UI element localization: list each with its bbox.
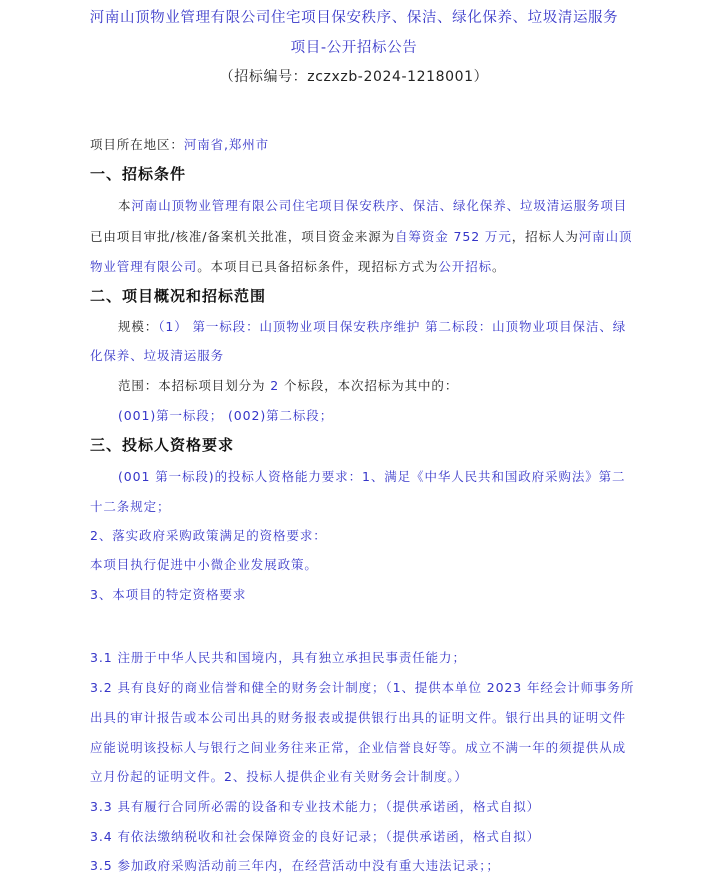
document-title-line2: 项目-公开招标公告: [0, 36, 708, 57]
scope-line: 范围：本招标项目划分为 2 个标段，本次招标为其中的：: [118, 376, 458, 394]
text-segment: 。: [492, 259, 505, 274]
region-value: 河南省,郑州市: [184, 137, 269, 152]
section1-paragraph-line1: 本河南山顶物业管理有限公司住宅项目保安秩序、保洁、绿化保养、垃圾清运服务项目: [118, 196, 627, 214]
policy-heading: 2、落实政府采购政策满足的资格要求：: [90, 526, 327, 544]
text-segment: 范围：本招标项目划分为: [118, 378, 270, 393]
funding-source: 自筹资金 752 万元: [395, 229, 512, 244]
requirement-item-3-4: 3.4 有依法缴纳税收和社会保障资金的良好记录；（提供承诺函，格式自拟）: [90, 827, 540, 845]
text-segment: 已由项目审批/核准/备案机关批准，项目资金来源为: [90, 229, 395, 244]
project-region: 项目所在地区：河南省,郑州市: [90, 135, 269, 153]
text-segment: 。本项目已具备招标条件，现招标方式为: [197, 259, 438, 274]
announcement-page: 河南山顶物业管理有限公司住宅项目保安秩序、保洁、绿化保养、垃圾清运服务 项目-公…: [0, 0, 708, 886]
requirement-item-3-2-line4: 立月份起的证明文件。2、投标人提供企业有关财务会计制度。）: [90, 767, 468, 785]
section-heading-tender-conditions: 一、招标条件: [90, 163, 186, 184]
requirement-item-3-2-line1: 3.2 具有良好的商业信誉和健全的财务会计制度；（1、提供本单位 2023 年经…: [90, 678, 634, 696]
requirement-item-3-2-line2: 出具的审计报告或本公司出具的财务报表或提供银行出具的证明文件。银行出具的证明文件: [90, 708, 626, 726]
requirement-item-3-2-line3: 应能说明该投标人与银行之间业务往来正常，企业信誉良好等。成立不满一年的须提供从成: [90, 738, 626, 756]
lots-list: (001)第一标段； (002)第二标段；: [118, 406, 333, 424]
scale-line2: 化保养、垃圾清运服务: [90, 346, 224, 364]
specific-requirements-heading: 3、本项目的特定资格要求: [90, 585, 246, 603]
tenderer-name-part1: 河南山顶: [579, 229, 633, 244]
project-name: 河南山顶物业管理有限公司住宅项目保安秩序、保洁、绿化保养、垃圾清运服务项目: [131, 198, 627, 213]
tender-number-text: （招标编号：zczxzb-2024-1218001）: [220, 69, 489, 85]
section-heading-bidder-qualifications: 三、投标人资格要求: [90, 434, 234, 455]
tender-method: 公开招标: [438, 259, 492, 274]
requirement-line2: 十二条规定；: [90, 497, 170, 515]
document-title-line1: 河南山顶物业管理有限公司住宅项目保安秩序、保洁、绿化保养、垃圾清运服务: [0, 6, 708, 27]
scale-line1: 规模：（1） 第一标段：山顶物业项目保安秩序维护 第二标段：山顶物业项目保洁、绿: [118, 317, 626, 335]
region-label: 项目所在地区：: [90, 137, 184, 152]
tender-number: （招标编号：zczxzb-2024-1218001）: [0, 66, 708, 86]
scale-label: 规模：: [118, 319, 158, 334]
requirement-item-3-3: 3.3 具有履行合同所必需的设备和专业技术能力；（提供承诺函，格式自拟）: [90, 797, 540, 815]
text-segment: 个标段，本次招标为其中的：: [279, 378, 458, 393]
scale-value: （1） 第一标段：山顶物业项目保安秩序维护 第二标段：山顶物业项目保洁、绿: [158, 319, 626, 334]
requirement-line1: (001 第一标段)的投标人资格能力要求：1、满足《中华人民共和国政府采购法》第…: [118, 467, 625, 485]
section-heading-project-overview: 二、项目概况和招标范围: [90, 285, 266, 306]
text-segment: 本: [118, 198, 131, 213]
lot-count: 2: [270, 378, 279, 393]
tenderer-name-part2: 物业管理有限公司: [90, 259, 197, 274]
policy-text: 本项目执行促进中小微企业发展政策。: [90, 555, 318, 573]
requirement-item-3-1: 3.1 注册于中华人民共和国境内，具有独立承担民事责任能力；: [90, 648, 466, 666]
requirement-item-3-5: 3.5 参加政府采购活动前三年内，在经营活动中没有重大违法记录；；: [90, 856, 500, 874]
section1-paragraph-line3: 物业管理有限公司。本项目已具备招标条件，现招标方式为公开招标。: [90, 257, 505, 275]
text-segment: ，招标人为: [512, 229, 579, 244]
section1-paragraph-line2: 已由项目审批/核准/备案机关批准，项目资金来源为自筹资金 752 万元，招标人为…: [90, 227, 632, 245]
